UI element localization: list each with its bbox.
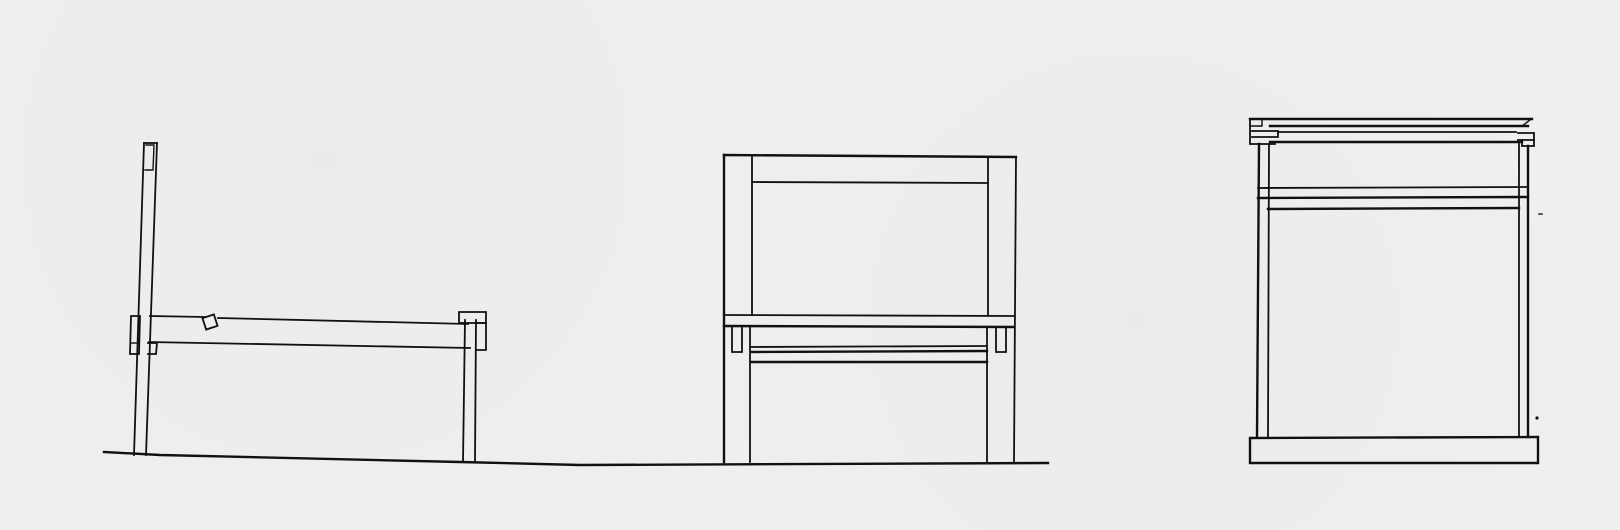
stray-mark xyxy=(1535,416,1538,419)
technical-drawing xyxy=(0,0,1620,530)
back-post xyxy=(134,143,157,455)
front-stretcher xyxy=(751,346,987,362)
seat-board xyxy=(724,315,1014,327)
top-cap xyxy=(1250,119,1534,146)
top-rail xyxy=(724,155,1016,157)
right-cleat xyxy=(996,327,1006,352)
drawing-sheet xyxy=(0,0,1620,530)
seat-rail xyxy=(149,316,470,348)
middle-rail xyxy=(1258,187,1528,209)
base-plinth xyxy=(1250,437,1538,463)
back-post-cleats xyxy=(130,316,157,354)
seat-peg xyxy=(202,314,217,329)
side-elevation xyxy=(104,143,1048,465)
front-leg xyxy=(459,312,486,462)
right-post xyxy=(987,157,1016,462)
ground-line xyxy=(104,452,1048,465)
front-elevation xyxy=(724,155,1016,462)
left-post xyxy=(724,155,752,462)
right-post xyxy=(1519,144,1528,437)
left-cleat xyxy=(732,327,742,352)
rear-elevation xyxy=(1250,119,1542,463)
